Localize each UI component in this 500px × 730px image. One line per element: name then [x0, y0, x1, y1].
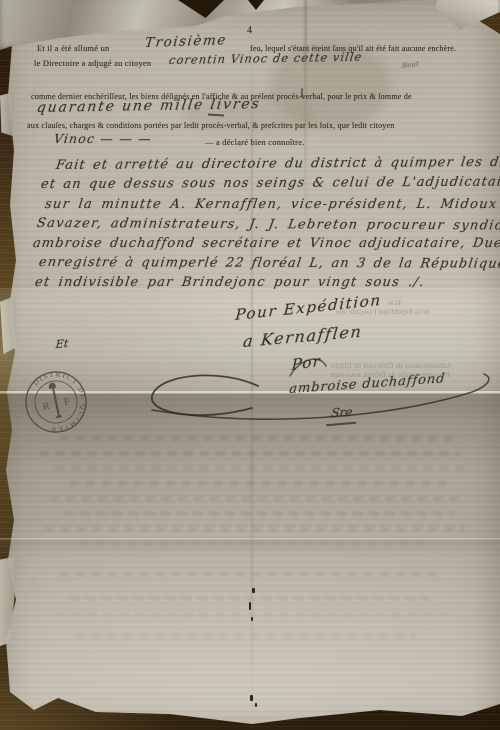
closing-paragraph-line: enregistré à quimperlé 22 floréal L, an … — [38, 255, 500, 272]
showthrough-fragment: Procureur-Syndic du Diſtrict, nous étant — [330, 370, 450, 379]
ink-speck — [252, 588, 255, 593]
ink-speck — [250, 695, 253, 701]
handwritten-auction-round: Troisième — [144, 32, 228, 51]
showthrough-fragment: Et le — [388, 299, 401, 307]
ink-speck — [301, 88, 303, 98]
stamp-liberty-pole-icon — [49, 383, 62, 418]
torn-edge-flap — [0, 296, 17, 354]
closing-paragraph-line: et indivisible par Brindejonc pour vingt… — [34, 275, 426, 290]
closing-paragraph-line: sur la minutte A. Kernafflen, vice-prési… — [44, 197, 499, 212]
closing-paragraph-line: Savazer, administrateurs, J. J. Lebreton… — [36, 216, 500, 233]
printed-line5: — a déclaré bien connoître. — [205, 138, 305, 147]
showthrough-fragment: de la République Françaiſe une — [336, 307, 429, 316]
closing-paragraph-line: ambroise duchaffond secrétaire et Vinoc … — [32, 236, 500, 251]
svg-text:DISTRICT DE QUIMPER: DISTRICT DE QUIMPER — [30, 364, 93, 436]
photograph-of-document: 4 Et il a été allumé un Troisième feu, l… — [0, 0, 500, 730]
ink-speck — [251, 617, 253, 621]
printed-line1-prefix: Et il a été allumé un — [37, 44, 109, 53]
closing-paragraph-line: et an que dessus sous nos seings & celui… — [40, 174, 500, 192]
handwritten-buyer-repeat: Vinoc — — — — [53, 131, 153, 146]
printed-line2-prefix: le Directoire a adjugé au citoyen — [34, 59, 151, 68]
showthrough-fragment: Adminiſtrateurs du Directoire du Diſtric… — [330, 361, 452, 370]
stamp-annotation: Et — [55, 337, 68, 351]
ink-speck — [249, 602, 251, 610]
stamp-letter-f: F — [63, 396, 71, 408]
ink-speck — [255, 703, 257, 707]
stamp-letter-r: R — [42, 401, 51, 413]
torn-edge-flap — [0, 92, 14, 136]
district-stamp: DISTRICT DE QUIMPER R F — [15, 360, 96, 445]
page-number: 4 — [247, 25, 252, 36]
printed-line4: aux clauſes, charges & conditions portée… — [27, 121, 395, 130]
stamp-ring-text: DISTRICT DE QUIMPER — [30, 364, 93, 436]
closing-paragraph-line: Fait et arretté au directoire du distric… — [55, 154, 500, 173]
